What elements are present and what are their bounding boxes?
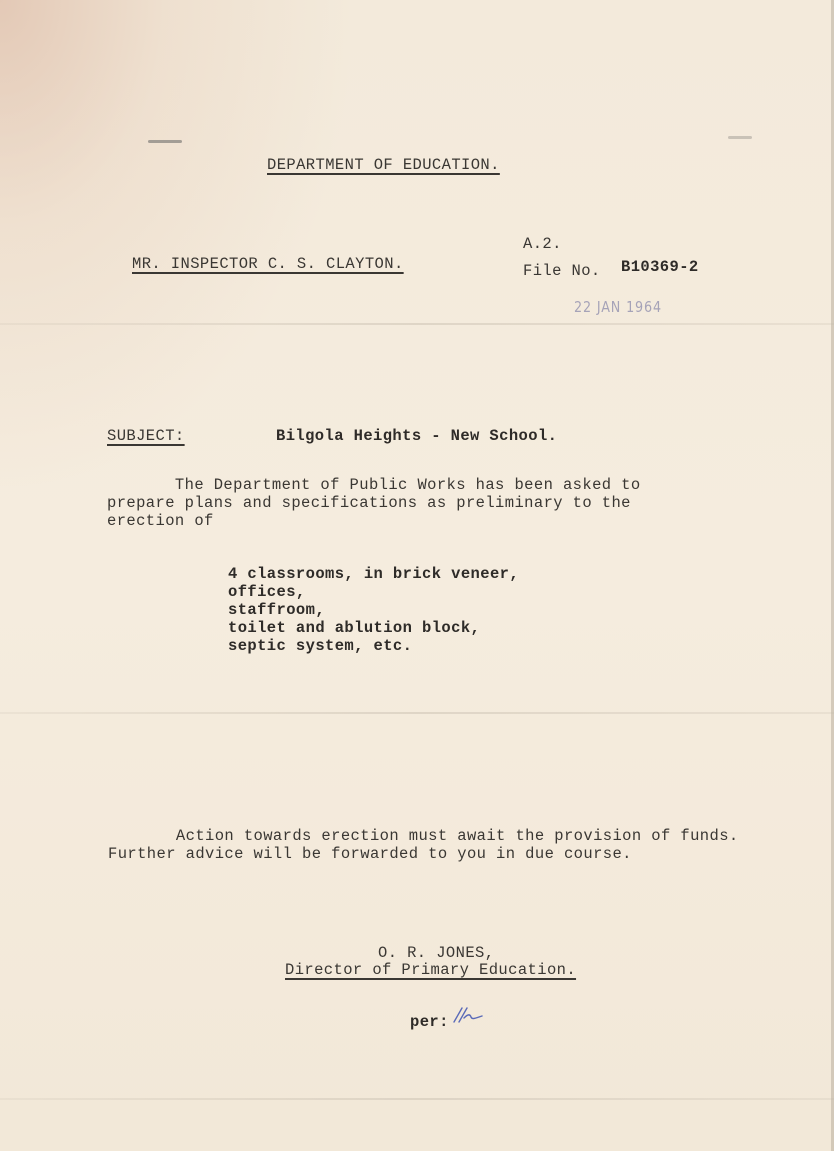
paragraph-closing: Action towards erection must await the p… xyxy=(108,827,739,863)
file-label: File No. xyxy=(523,262,601,280)
list-item: staffroom, xyxy=(228,601,519,619)
per-label: per: xyxy=(410,1013,449,1031)
addressee: MR. INSPECTOR C. S. CLAYTON. xyxy=(132,255,404,273)
paragraph-line: erection of xyxy=(107,512,641,530)
signatory-name: O. R. JONES, xyxy=(378,944,494,962)
subject-label: SUBJECT: xyxy=(107,427,185,445)
fold-line xyxy=(0,712,834,714)
department-heading: DEPARTMENT OF EDUCATION. xyxy=(267,156,500,174)
facilities-list: 4 classrooms, in brick veneer, offices, … xyxy=(228,565,519,655)
paragraph-line: Further advice will be forwarded to you … xyxy=(108,845,739,863)
list-item: 4 classrooms, in brick veneer, xyxy=(228,565,519,583)
fold-line xyxy=(0,1098,834,1100)
file-number: B10369-2 xyxy=(621,258,699,276)
fold-line xyxy=(0,323,834,325)
list-item: septic system, etc. xyxy=(228,637,519,655)
punch-mark xyxy=(148,140,182,143)
subject-title: Bilgola Heights - New School. xyxy=(276,427,557,445)
paragraph-line: Action towards erection must await the p… xyxy=(108,827,739,845)
reference-code: A.2. xyxy=(523,235,562,253)
list-item: offices, xyxy=(228,583,519,601)
paragraph-line: The Department of Public Works has been … xyxy=(107,476,641,494)
date-stamp: 22 JAN 1964 xyxy=(574,298,662,316)
paragraph-intro: The Department of Public Works has been … xyxy=(107,476,641,530)
signature-initials-icon xyxy=(450,1004,484,1026)
punch-mark xyxy=(728,136,752,139)
paragraph-line: prepare plans and specifications as prel… xyxy=(107,494,641,512)
signatory-title: Director of Primary Education. xyxy=(285,961,576,979)
list-item: toilet and ablution block, xyxy=(228,619,519,637)
